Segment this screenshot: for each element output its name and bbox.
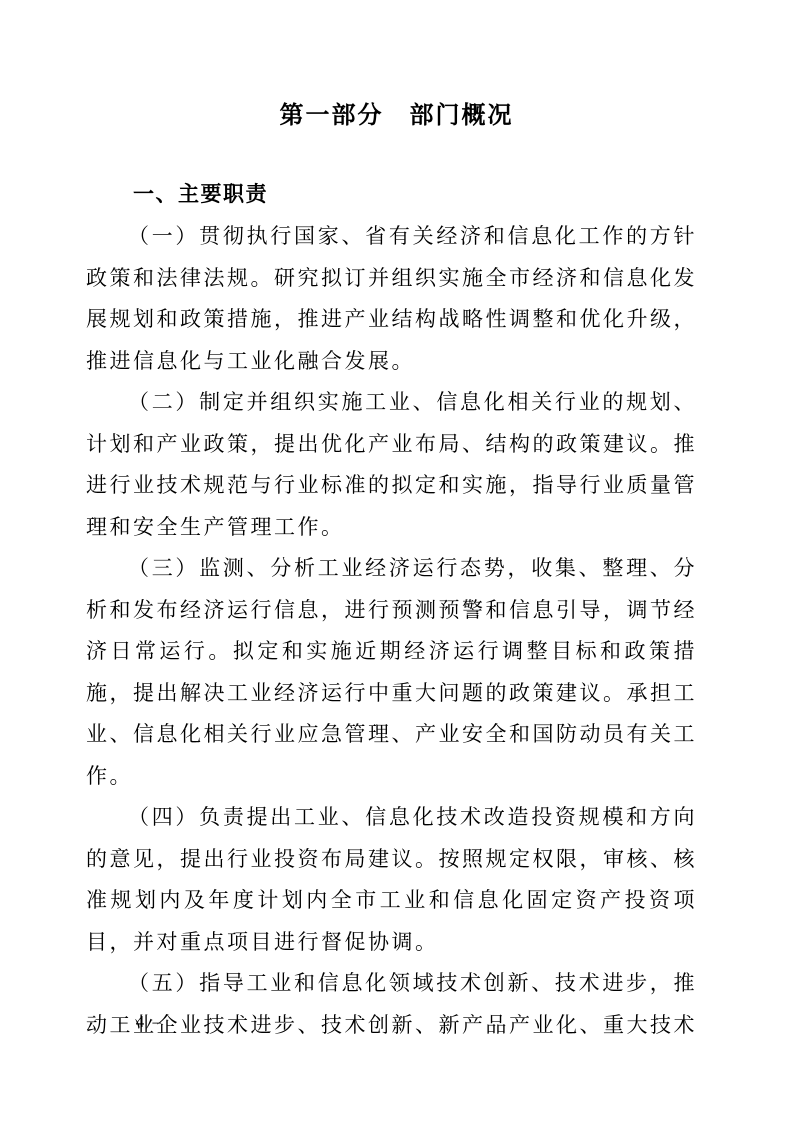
document-title: 第一部分 部门概况	[0, 0, 793, 132]
page-number: – 4 –	[119, 1012, 163, 1032]
text-block: 一、主要职责 （一）贯彻执行国家、省有关经济和信息化工作的方针政策和法律法规。研…	[0, 181, 793, 1046]
paragraph: （三）监测、分析工业经济运行态势，收集、整理、分析和发布经济运行信息，进行预测预…	[86, 548, 697, 797]
document-page: 第一部分 部门概况 一、主要职责 （一）贯彻执行国家、省有关经济和信息化工作的方…	[0, 0, 793, 1122]
paragraph: （五）指导工业和信息化领域技术创新、技术进步，推动工业企业技术进步、技术创新、新…	[86, 963, 697, 1046]
paragraph: （一）贯彻执行国家、省有关经济和信息化工作的方针政策和法律法规。研究拟订并组织实…	[86, 216, 697, 382]
paragraph-list: （一）贯彻执行国家、省有关经济和信息化工作的方针政策和法律法规。研究拟订并组织实…	[86, 216, 697, 1046]
paragraph: （二）制定并组织实施工业、信息化相关行业的规划、计划和产业政策，提出优化产业布局…	[86, 382, 697, 548]
paragraph: （四）负责提出工业、信息化技术改造投资规模和方向的意见，提出行业投资布局建议。按…	[86, 797, 697, 963]
section-heading: 一、主要职责	[86, 181, 697, 209]
